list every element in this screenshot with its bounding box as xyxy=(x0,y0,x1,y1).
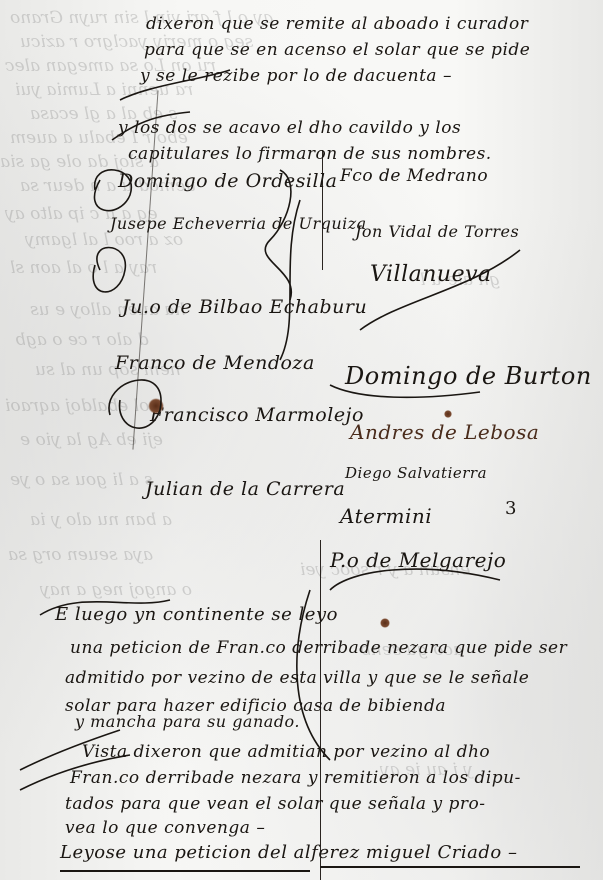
text-line: vea lo que convenga – xyxy=(65,818,265,838)
text-line: admitido por vezino de esta villa y que … xyxy=(65,668,529,688)
text-line: una peticion de Fran.co derribade nezara… xyxy=(70,638,567,658)
text-line: capitulares lo firmaron de sus nombres. xyxy=(128,144,492,164)
closing-underline xyxy=(320,866,580,868)
text-line: para que se en acenso el solar que se pi… xyxy=(144,40,530,60)
marginal-number: 3 xyxy=(505,498,517,519)
text-line: E luego yn continente se leyo xyxy=(55,604,338,625)
signature: Atermini xyxy=(340,504,432,528)
signature: P.o de Melgarejo xyxy=(330,548,506,572)
text-line: y se le rezibe por lo de dacuenta – xyxy=(140,66,452,86)
signature: Jon Vidal de Torres xyxy=(355,222,519,241)
ink-blot xyxy=(444,410,452,418)
signature: Franco de Mendoza xyxy=(115,352,315,374)
signature: Diego Salvatierra xyxy=(345,464,487,482)
text-line: y mancha para su ganado. xyxy=(75,712,300,731)
text-line: dixeron que se remite al aboado i curado… xyxy=(146,14,528,34)
text-line: Fran.co derribade nezara y remitieron a … xyxy=(70,768,521,788)
signature: Francisco Marmolejo xyxy=(150,404,364,426)
signature: Jusepe Echeverria de Urquiza xyxy=(110,214,367,233)
manuscript-page: ay o l f ari vin l sin ruyn Grano seg o … xyxy=(0,0,603,880)
text-line: y los dos se acavo el dho cavildo y los xyxy=(118,118,461,138)
signature-divider xyxy=(322,150,323,270)
signature: Ju.o de Bilbao Echaburu xyxy=(122,296,367,318)
signature: Villanueva xyxy=(370,262,492,287)
signature: Domingo de Ordesilla xyxy=(118,170,337,192)
signature: Andres de Lebosa xyxy=(350,420,539,444)
closing-underline xyxy=(60,870,310,872)
closing-line: Leyose una peticion del alferez miguel C… xyxy=(60,842,517,863)
text-line: tados para que vean el solar que señala … xyxy=(65,794,485,814)
ink-blot xyxy=(380,618,390,628)
signature: Julian de la Carrera xyxy=(145,478,345,500)
text-line: Vista dixeron que admitian por vezino al… xyxy=(82,742,490,762)
signature: Fco de Medrano xyxy=(340,166,488,186)
ink-blot xyxy=(148,398,164,414)
signature: Domingo de Burton xyxy=(345,362,592,390)
